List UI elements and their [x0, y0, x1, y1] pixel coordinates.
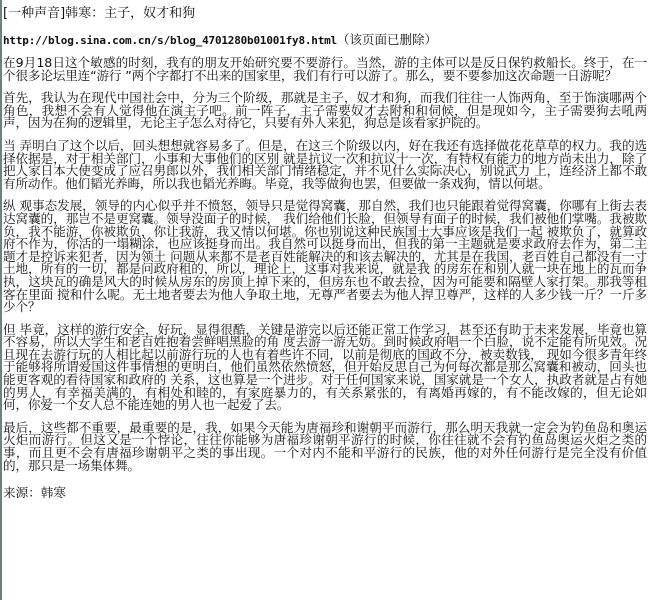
article-title: [一种声音]韩寒：主子，奴才和狗	[3, 6, 647, 22]
article-paragraph-1: 在9月18日这个敏感的时刻，我有的朋友开始研究要不要游行。当然，游的主体可以是反…	[3, 57, 647, 82]
left-border-rule	[0, 0, 2, 600]
article-paragraph-3: 当 弄明白了这个以后，回头想想就容易多了。但是，在这三个阶级以内，好在我还有选择…	[3, 140, 647, 190]
article-paragraph-2: 首先，我认为在现代中国社会中，分为三个阶级，那就是主子，奴才和狗，而我们往往一人…	[3, 92, 647, 130]
article-paragraph-5: 但 毕竟，这样的游行安全，好玩，显得很酷，关键是游完以后还能正常工作学习，甚至还…	[3, 324, 647, 412]
article-paragraph-6: 最后，这些都不重要，最重要的是，我，如果今天能为唐福珍和谢朝平而游行，那么明天我…	[3, 422, 647, 472]
article-source: 来源：韩寒	[3, 486, 647, 500]
article-paragraph-4: 纵 观事态发展，领导的内心似乎并不愤怒，领导只是觉得窝囊，那自然，我们也只能跟着…	[3, 200, 647, 313]
article-page: [一种声音]韩寒：主子，奴才和狗 http://blog.sina.com.cn…	[3, 0, 647, 500]
url-deleted-note: （该页面已删除）	[337, 32, 437, 47]
source-url-link[interactable]: http://blog.sina.com.cn/s/blog_4701280b0…	[3, 34, 337, 47]
source-url-line: http://blog.sina.com.cn/s/blog_4701280b0…	[3, 32, 647, 49]
